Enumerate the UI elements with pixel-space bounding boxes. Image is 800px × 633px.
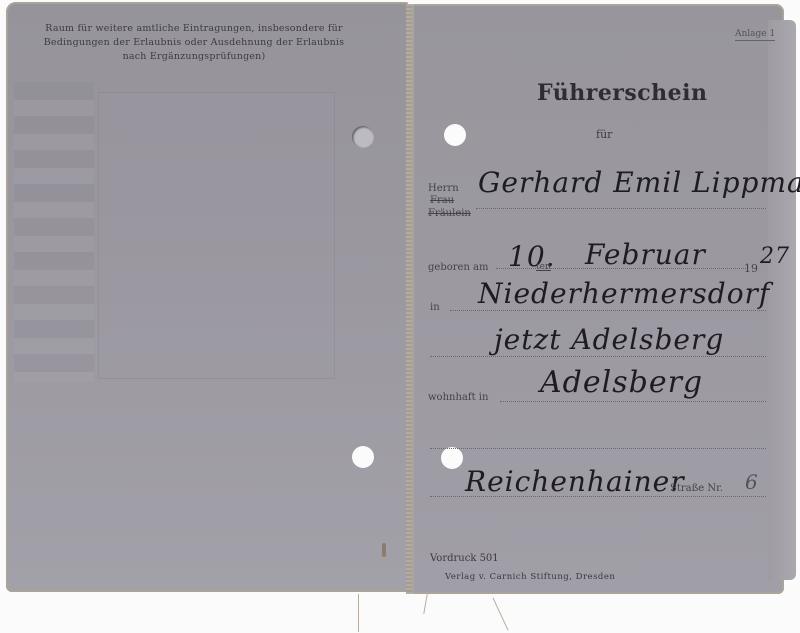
loose-thread (423, 594, 427, 614)
birth-month-handwritten: Februar (585, 238, 706, 271)
caption-line-2: Bedingungen der Erlaubnis oder Ausdehnun… (24, 36, 364, 50)
residence-label: wohnhaft in (428, 392, 488, 403)
loose-thread (358, 594, 359, 632)
fold-texture (14, 82, 94, 382)
caption-line-1: Raum für weitere amtliche Eintragungen, … (24, 22, 364, 36)
document-title: Führerschein (537, 80, 708, 106)
street-handwritten: Reichenhainer (465, 465, 685, 498)
caption-line-3: nach Ergänzungsprüfungen) (24, 50, 364, 64)
right-page-edge (768, 20, 796, 580)
punch-hole-left-bottom (352, 446, 374, 468)
salutation-herrn: Herrn (428, 183, 459, 194)
publisher-imprint: Verlag v. Carnich Stiftung, Dresden (445, 572, 615, 582)
birth-day-suffix: ten (536, 262, 551, 272)
form-number: Vordruck 501 (430, 553, 499, 564)
name-line (476, 208, 766, 209)
stamp-area (98, 92, 335, 379)
birth-year-prefix: 19 (744, 262, 758, 275)
street-number-handwritten: 6 (745, 470, 759, 494)
street-line-top (430, 448, 766, 449)
for-label: für (596, 128, 612, 141)
punch-hole-mark-left-top (352, 126, 374, 148)
left-page (6, 2, 408, 592)
birthplace-current-handwritten: jetzt Adelsberg (494, 323, 724, 356)
name-handwritten: Gerhard Emil Lippmann (478, 166, 800, 199)
birthplace-line-1 (450, 310, 766, 311)
stain-mark (382, 543, 386, 557)
scanned-document: Raum für weitere amtliche Eintragungen, … (0, 0, 800, 633)
birthplace-handwritten: Niederhermersdorf (478, 277, 770, 310)
punch-hole-right-bottom (441, 447, 463, 469)
corner-label: Anlage 1 (735, 29, 775, 41)
residence-line (500, 401, 766, 402)
birthplace-line-2 (430, 356, 766, 357)
left-page-caption: Raum für weitere amtliche Eintragungen, … (24, 22, 364, 64)
residence-handwritten: Adelsberg (540, 365, 703, 400)
birthplace-label: in (430, 302, 440, 313)
salutation-fraeulein-struck: Fräulein (428, 208, 471, 219)
street-label: Straße Nr. (670, 483, 723, 494)
punch-hole-right-top (444, 124, 466, 146)
street-line-bottom (430, 496, 766, 497)
birth-label: geboren am (428, 262, 489, 273)
birth-year-handwritten: 27 (760, 244, 790, 269)
salutation-frau-struck: Frau (430, 195, 454, 206)
birth-line (496, 268, 746, 269)
loose-thread (492, 597, 508, 630)
